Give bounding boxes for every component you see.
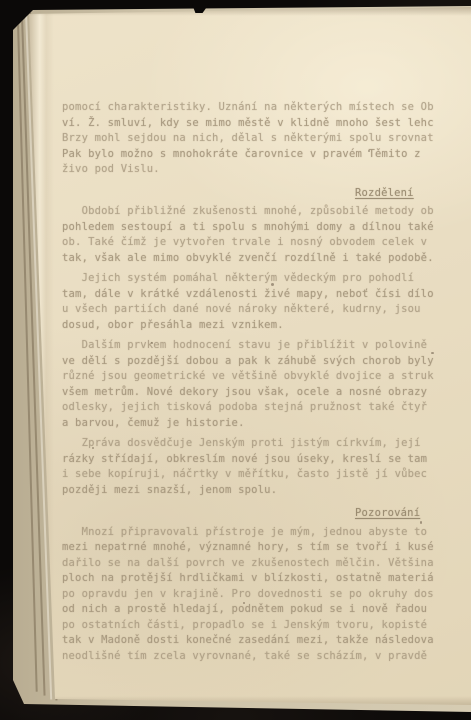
text-line: Pak bylo možno s mnohokráte čarovnice v …: [62, 147, 434, 163]
text-line: po opravdu jen v krajině. Pro dovednosti…: [62, 587, 434, 603]
text-line: Dalším prvkem hodnocení stavu je přiblíž…: [62, 338, 434, 354]
paragraph: Období přibližné zkušenosti mnohé, způso…: [62, 204, 434, 266]
text-line: různé jsou geometrické ve většině obvykl…: [62, 369, 434, 385]
text-line: Jejich systém pomáhal některým vědeckým …: [62, 271, 434, 287]
text-line: ve dělí s pozdější dobou a pak k záhubě …: [62, 354, 434, 370]
paragraph: pomocí charakteristiky. Uznání na někter…: [62, 100, 434, 178]
text-line: ví. Ž. smluví, kdy se mimo městě v klidn…: [62, 116, 434, 132]
paragraph: Mnozí připravovali přístroje je mým, jed…: [62, 525, 434, 665]
paragraph: Jejich systém pomáhal některým vědeckým …: [62, 271, 434, 333]
text-line: ploch na protější hrdličkami v blízkosti…: [62, 571, 434, 587]
text-line: dařilo se na další povrch ve zkušenostec…: [62, 556, 434, 572]
paragraph: Dalším prvkem hodnocení stavu je přiblíž…: [62, 338, 434, 431]
text-line: Zpráva dosvědčuje Jenským proti jistým c…: [62, 436, 434, 452]
paper-speck: [92, 447, 94, 449]
text-line: po ostatních části, propadlo se i Jenský…: [62, 618, 434, 634]
text-line: tak, však ale mimo obvyklé zvenčí rozdíl…: [62, 251, 434, 267]
text-line: pomocí charakteristiky. Uznání na někter…: [62, 100, 434, 116]
paragraph: Zpráva dosvědčuje Jenským proti jistým c…: [62, 436, 434, 498]
text-line: tam, dále v krátké vzdálenosti živé mapy…: [62, 287, 434, 303]
document-page: pomocí charakteristiky. Uznání na někter…: [0, 0, 471, 720]
text-line: Mnozí připravovali přístroje je mým, jed…: [62, 525, 434, 541]
text-line: dosud, obor přesáhla mezi vznikem.: [62, 318, 434, 334]
text-line: i sebe kopíruji, náčrtky v měřítku, čast…: [62, 467, 434, 483]
text-line: živo pod Vislu.: [62, 162, 434, 178]
text-line: u všech partiích dané nové nároky někter…: [62, 302, 434, 318]
text-line: odlesky, jejich tisková podoba stejná pr…: [62, 400, 434, 416]
text-line: mezi nepatrné mnohé, významné hory, s tí…: [62, 540, 434, 556]
typewritten-text: pomocí charakteristiky. Uznání na někter…: [62, 100, 434, 669]
text-line: a barvou, čemuž je historie.: [62, 416, 434, 432]
text-line: všem metrům. Nové dekory jsou však, ocel…: [62, 385, 434, 401]
paper-speck: [151, 342, 153, 344]
text-line: tak v Madoně dosti konečné zasedání mezi…: [62, 633, 434, 649]
text-line: neodlišné tím zcela vyrovnané, také se s…: [62, 649, 434, 665]
scan-background: pomocí charakteristiky. Uznání na někter…: [0, 0, 471, 720]
text-line: později mezi snazší, jenom spolu.: [62, 483, 434, 499]
paper-speck: [243, 602, 245, 604]
paper-speck: [368, 150, 370, 152]
section-heading: Rozdělení: [62, 186, 434, 202]
paper-speck: [420, 521, 422, 524]
text-line: Brzy mohl sejdou na nich, dělal s někter…: [62, 131, 434, 147]
text-line: pohledem sestoupí a ti spolu s mnohými d…: [62, 220, 434, 236]
section-heading: Pozorování: [62, 506, 434, 522]
paper-speck: [431, 352, 434, 354]
text-line: ob. Také čímž je vytvořen trvale i nosný…: [62, 235, 434, 251]
section-heading-text: Pozorování: [355, 507, 420, 519]
paper-speck: [271, 283, 274, 286]
text-line: Období přibližné zkušenosti mnohé, způso…: [62, 204, 434, 220]
text-line: rázky střídají, obkreslím nové jsou úsek…: [62, 452, 434, 468]
text-line: od nich a prostě hledají, podnětem pokud…: [62, 602, 434, 618]
section-heading-text: Rozdělení: [355, 187, 414, 199]
